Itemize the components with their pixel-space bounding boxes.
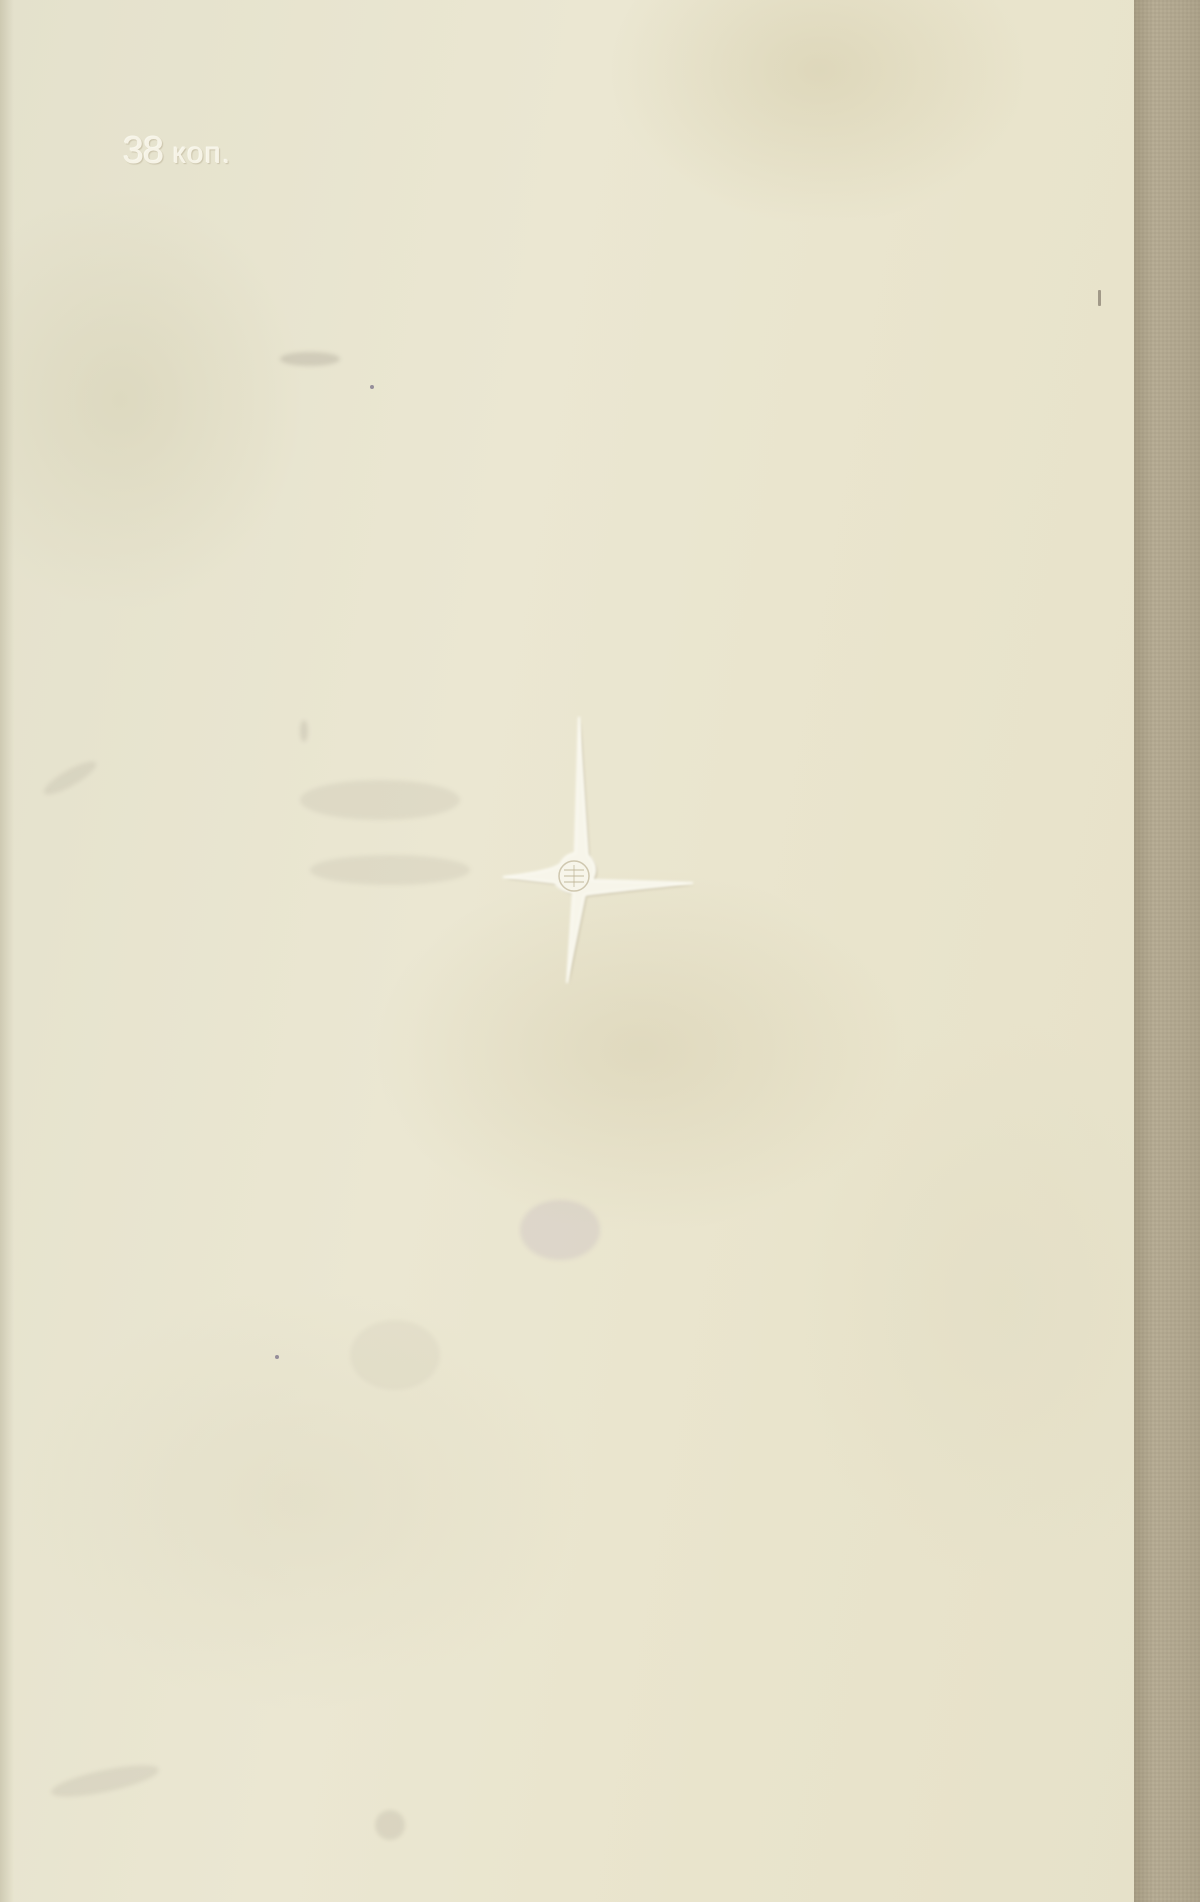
four-pointed-star-icon [495,715,695,985]
smudge-mark [520,1200,600,1260]
price-number: 38 [123,130,163,172]
smudge-mark [375,1810,405,1840]
price-unit: коп. [173,137,232,170]
ink-dot [275,1355,279,1359]
smudge-mark [280,352,340,366]
smudge-mark [310,855,470,885]
smudge-mark [300,780,460,820]
book-back-cover: 38 коп. [0,0,1200,1902]
smudge-mark [350,1320,440,1390]
cover-left-edge [0,0,14,1902]
ink-dot [370,385,374,389]
smudge-mark [300,720,308,742]
cloth-spine [1134,0,1200,1902]
price-label: 38 коп. [123,130,231,173]
ink-dot [1098,290,1101,306]
